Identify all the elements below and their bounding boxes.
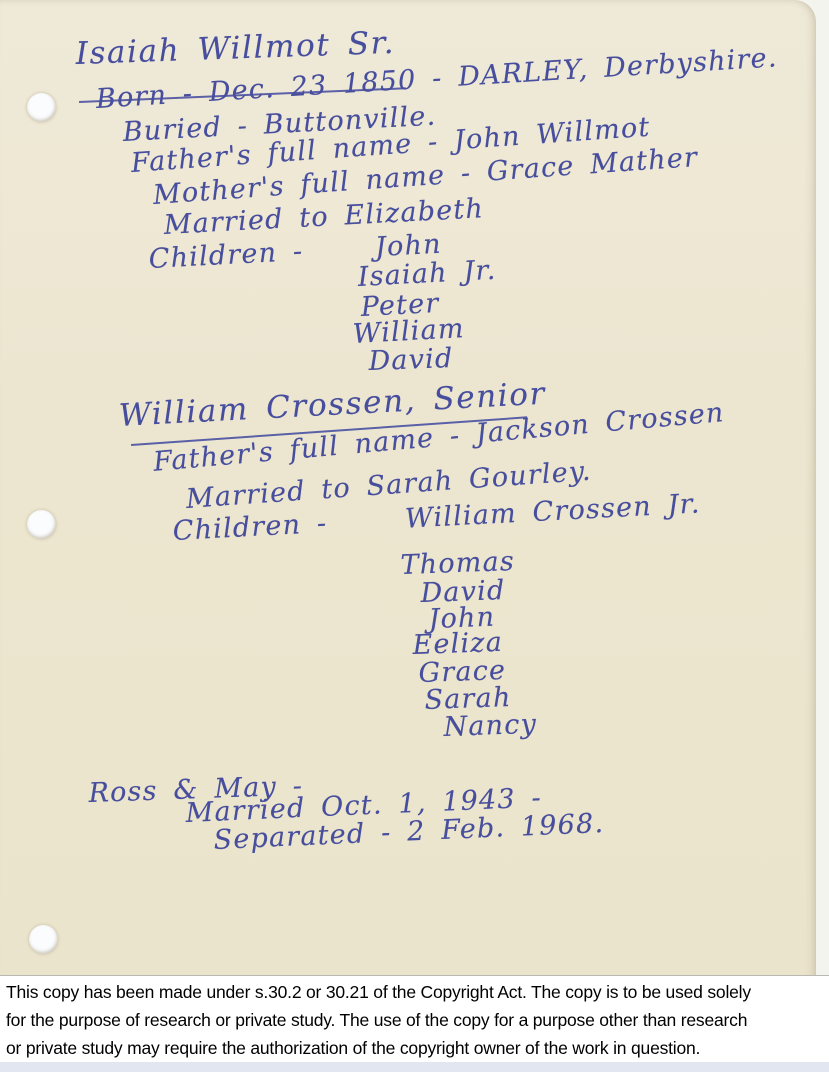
scanner-edge-strip [0,1062,829,1072]
copyright-notice-line: for the purpose of research or private s… [6,1006,823,1034]
child-name: Nancy [443,709,538,743]
hole-punch-middle [27,510,56,539]
child-name: David [368,343,454,377]
hole-punch-bottom [29,925,58,954]
copyright-notice: This copy has been made under s.30.2 or … [0,975,829,1062]
copyright-notice-line: This copy has been made under s.30.2 or … [6,978,823,1006]
hole-punch-top [27,93,56,122]
scanned-document: Isaiah Willmot Sr. Born - Dec. 23 1850 -… [0,0,829,1072]
copyright-notice-line: or private study may require the authori… [6,1034,823,1062]
